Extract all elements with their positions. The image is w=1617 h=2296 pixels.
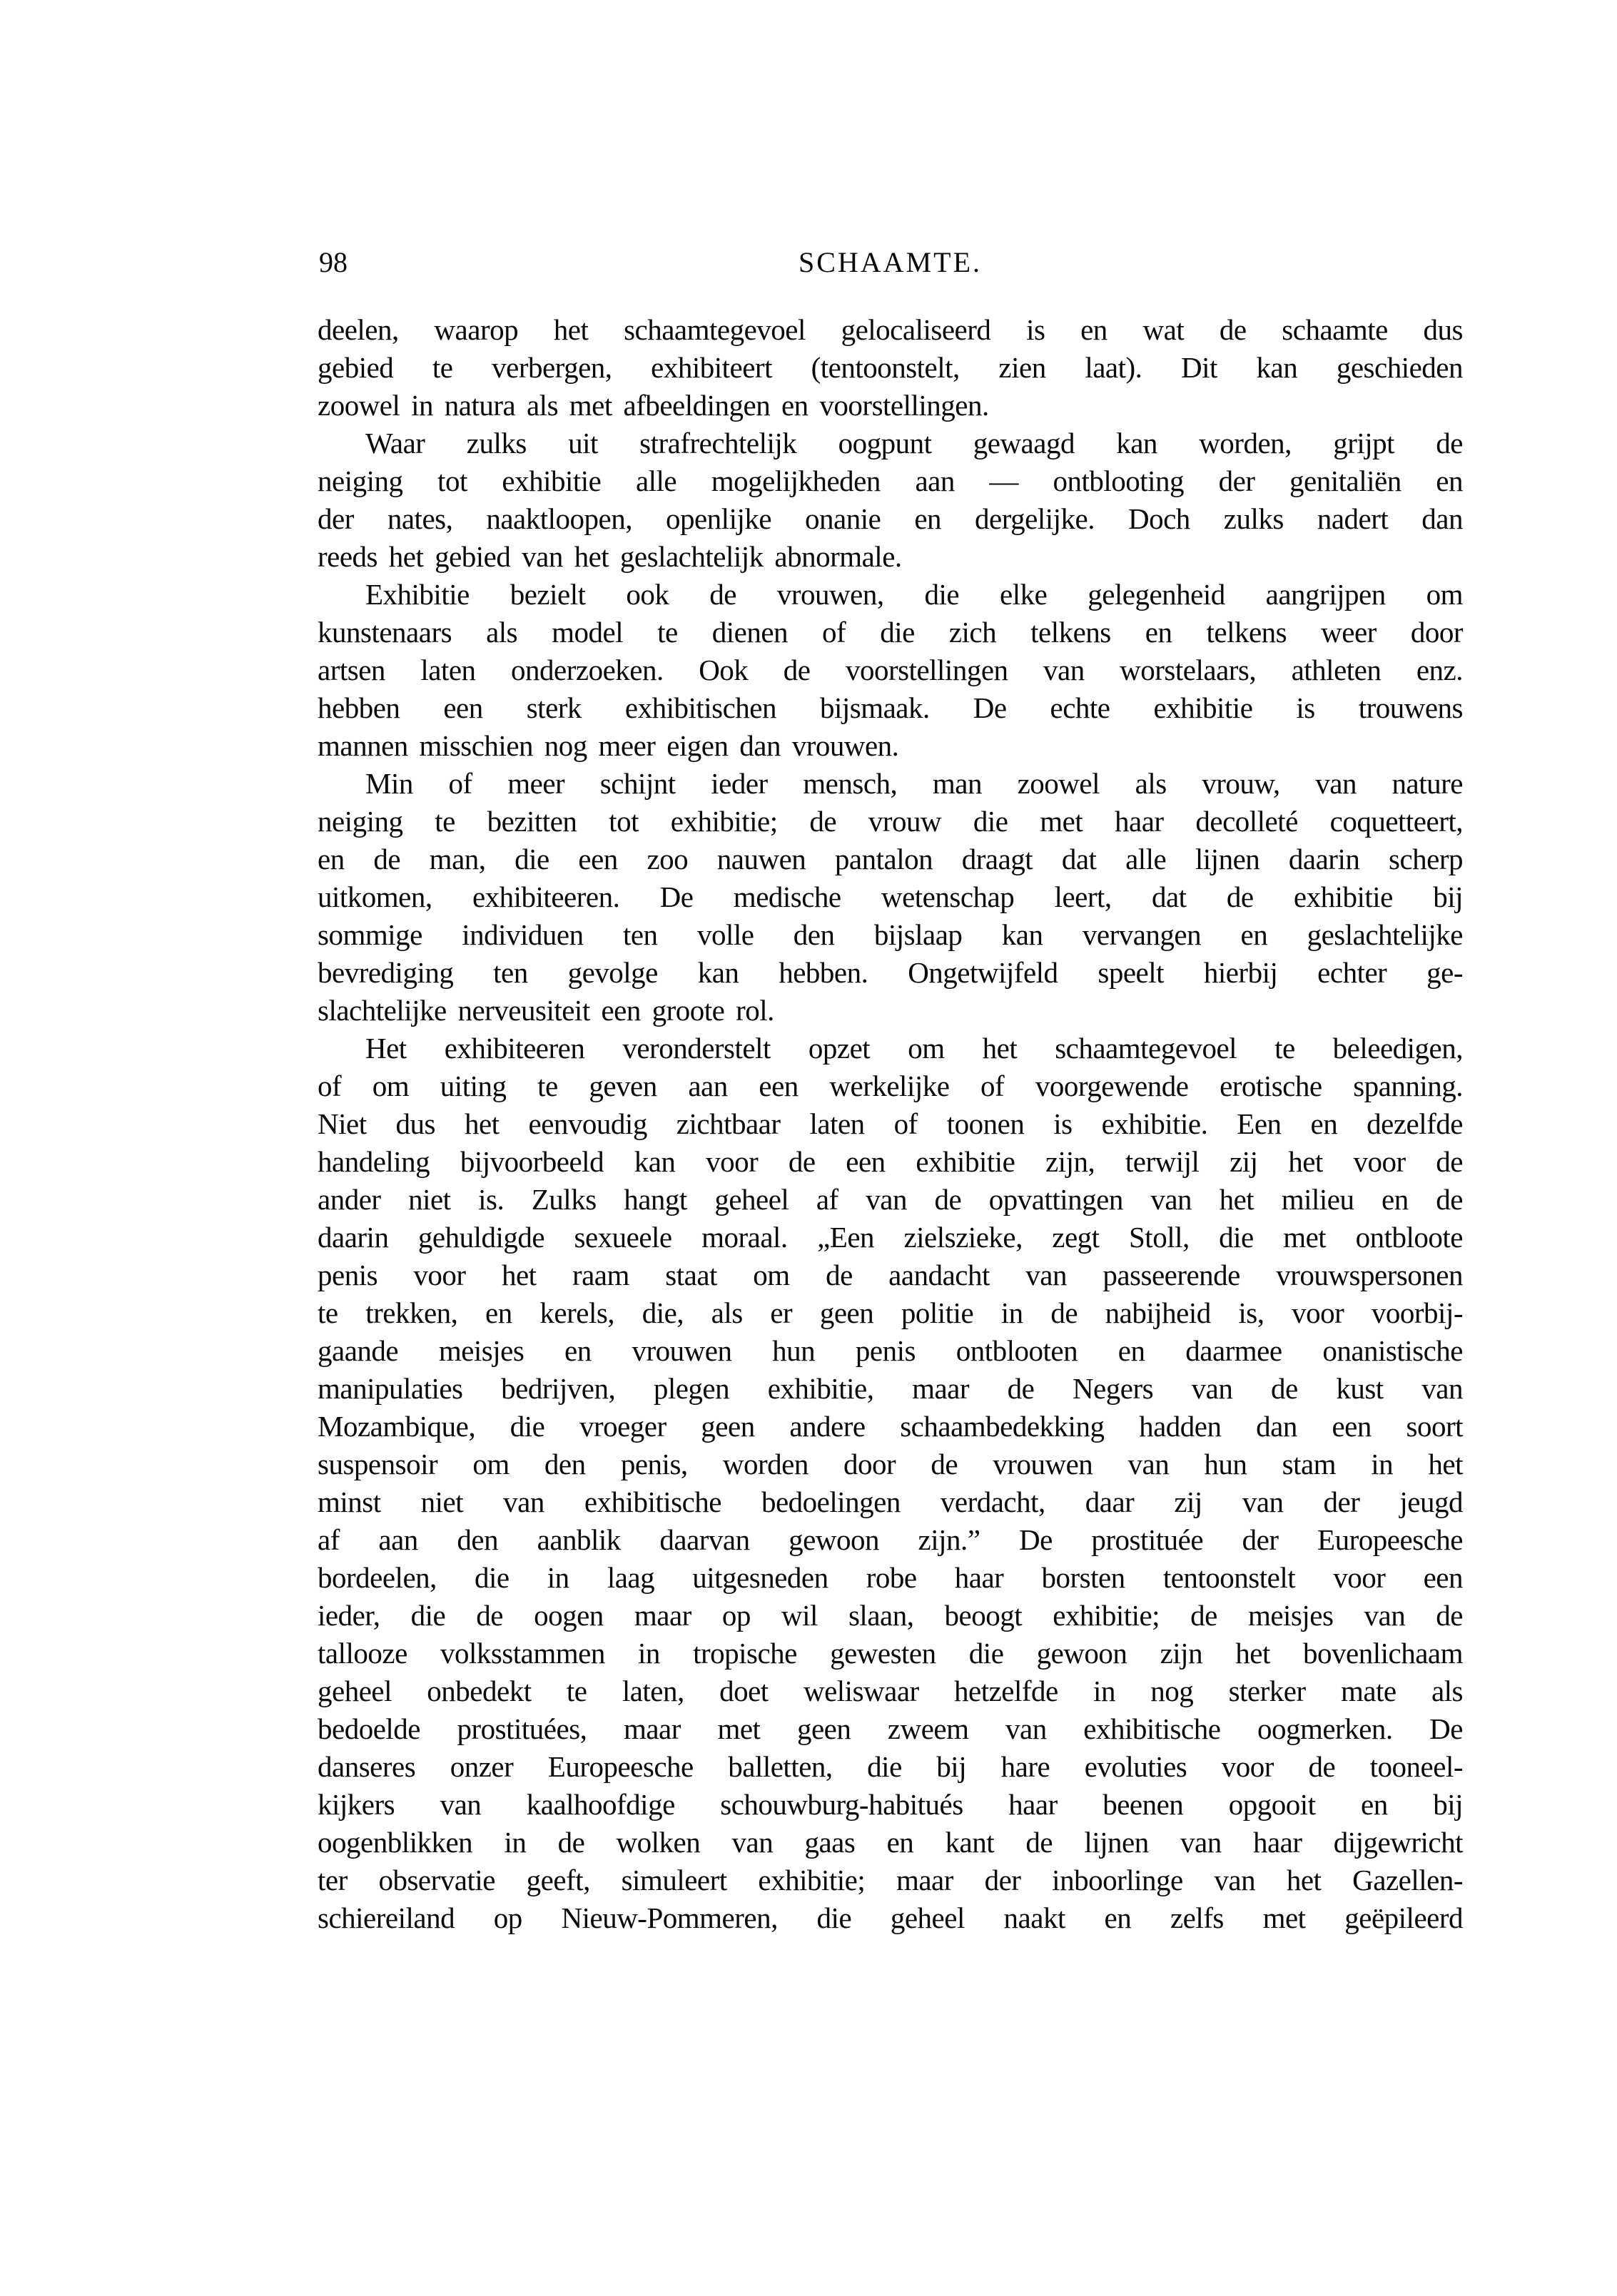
text-line: uitkomen, exhibiteeren. De medische wete…	[318, 878, 1463, 916]
text-line: Het exhibiteeren veronderstelt opzet om …	[318, 1030, 1463, 1067]
text-line: Exhibitie bezielt ook de vrouwen, die el…	[318, 576, 1463, 614]
text-line: oogenblikken in de wolken van gaas en ka…	[318, 1824, 1463, 1861]
text-line: reeds het gebied van het geslachtelijk a…	[318, 538, 1463, 576]
text-line: tallooze volksstammen in tropische gewes…	[318, 1635, 1463, 1672]
text-line: Mozambique, die vroeger geen andere scha…	[318, 1408, 1463, 1446]
text-line: geheel onbedekt te laten, doet weliswaar…	[318, 1672, 1463, 1710]
text-line: penis voor het raam staat om de aandacht…	[318, 1256, 1463, 1294]
text-line: sommige individuen ten volle den bijslaa…	[318, 916, 1463, 954]
text-line: hebben een sterk exhibitischen bijsmaak.…	[318, 689, 1463, 727]
text-line: of om uiting te geven aan een werkelijke…	[318, 1067, 1463, 1105]
text-line: kunstenaars als model te dienen of die z…	[318, 614, 1463, 651]
text-line: schiereiland op Nieuw-Pommeren, die gehe…	[318, 1899, 1463, 1937]
text-line: deelen, waarop het schaamtegevoel geloca…	[318, 311, 1463, 349]
text-line: bedoelde prostituées, maar met geen zwee…	[318, 1710, 1463, 1748]
text-line: af aan den aanblik daarvan gewoon zijn.”…	[318, 1521, 1463, 1559]
text-line: Niet dus het eenvoudig zichtbaar laten o…	[318, 1105, 1463, 1143]
text-line: suspensoir om den penis, worden door de …	[318, 1446, 1463, 1483]
text-line: slachtelijke nerveusiteit een groote rol…	[318, 992, 1463, 1030]
text-line: bordeelen, die in laag uitgesneden robe …	[318, 1559, 1463, 1597]
scanned-book-page: 98 SCHAAMTE. deelen, waarop het schaamte…	[0, 0, 1617, 2296]
text-line: handeling bijvoorbeeld kan voor de een e…	[318, 1143, 1463, 1181]
text-line: neiging te bezitten tot exhibitie; de vr…	[318, 803, 1463, 840]
text-line: daarin gehuldigde sexueele moraal. „Een …	[318, 1219, 1463, 1256]
text-line: bevrediging ten gevolge kan hebben. Onge…	[318, 954, 1463, 992]
text-line: kijkers van kaalhoofdige schouwburg-habi…	[318, 1786, 1463, 1824]
running-title: SCHAAMTE.	[318, 246, 1463, 279]
text-line: en de man, die een zoo nauwen pantalon d…	[318, 840, 1463, 878]
body-text-block: deelen, waarop het schaamtegevoel geloca…	[318, 311, 1463, 1937]
text-line: neiging tot exhibitie alle mogelijkheden…	[318, 462, 1463, 500]
text-line: ander niet is. Zulks hangt geheel af van…	[318, 1181, 1463, 1219]
text-line: zoowel in natura als met afbeeldingen en…	[318, 387, 1463, 425]
text-line: gaande meisjes en vrouwen hun penis ontb…	[318, 1332, 1463, 1370]
text-line: artsen laten onderzoeken. Ook de voorste…	[318, 651, 1463, 689]
text-line: mannen misschien nog meer eigen dan vrou…	[318, 727, 1463, 765]
text-line: danseres onzer Europeesche balletten, di…	[318, 1748, 1463, 1786]
text-line: der nates, naaktloopen, openlijke onanie…	[318, 500, 1463, 538]
text-line: Waar zulks uit strafrechtelijk oogpunt g…	[318, 425, 1463, 462]
text-line: te trekken, en kerels, die, als er geen …	[318, 1294, 1463, 1332]
text-line: ieder, die de oogen maar op wil slaan, b…	[318, 1597, 1463, 1635]
running-header: 98 SCHAAMTE.	[318, 246, 1463, 284]
text-line: manipulaties bedrijven, plegen exhibitie…	[318, 1370, 1463, 1408]
text-line: Min of meer schijnt ieder mensch, man zo…	[318, 765, 1463, 803]
text-line: minst niet van exhibitische bedoelingen …	[318, 1483, 1463, 1521]
text-line: gebied te verbergen, exhibiteert (tentoo…	[318, 349, 1463, 387]
text-line: ter observatie geeft, simuleert exhibiti…	[318, 1861, 1463, 1899]
